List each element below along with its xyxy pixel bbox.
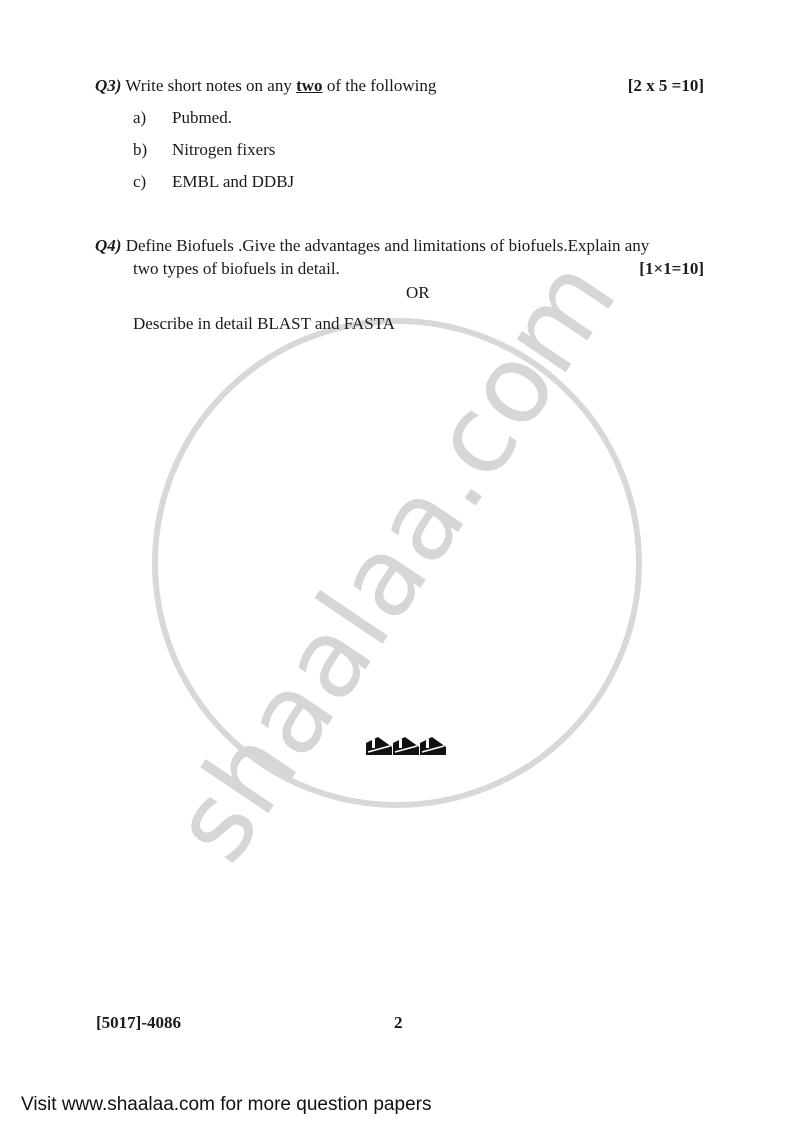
list-item-label: a): [133, 108, 146, 128]
question-number: Q4): [95, 236, 121, 255]
list-item-label: b): [133, 140, 147, 160]
question-3: Q3) Write short notes on any two of the …: [95, 76, 436, 96]
end-of-paper-emblem-icon: [393, 735, 419, 755]
end-of-paper-emblem: [366, 735, 446, 755]
question-4: Q4) Define Biofuels .Give the advantages…: [95, 236, 649, 256]
list-item: EMBL and DDBJ: [172, 172, 294, 192]
question-text-before: Write short notes on any: [125, 76, 296, 95]
list-item: Nitrogen fixers: [172, 140, 275, 160]
visit-link[interactable]: Visit www.shaalaa.com for more question …: [21, 1094, 431, 1116]
question-4-marks: [1×1=10]: [639, 259, 704, 279]
question-emphasis: two: [296, 76, 322, 95]
paper-code: [5017]-4086: [96, 1013, 181, 1033]
end-of-paper-emblem-icon: [420, 735, 446, 755]
question-text-line1: Define Biofuels .Give the advantages and…: [126, 236, 650, 255]
end-of-paper-emblem-icon: [366, 735, 392, 755]
question-text-line2: two types of biofuels in detail.: [133, 259, 340, 279]
page-number: 2: [394, 1013, 403, 1033]
question-text-after: of the following: [323, 76, 437, 95]
list-item: Pubmed.: [172, 108, 232, 128]
alternate-question: Describe in detail BLAST and FASTA: [133, 314, 395, 334]
question-number: Q3): [95, 76, 121, 95]
or-separator: OR: [406, 283, 430, 303]
list-item-label: c): [133, 172, 146, 192]
question-3-marks: [2 x 5 =10]: [628, 76, 704, 96]
